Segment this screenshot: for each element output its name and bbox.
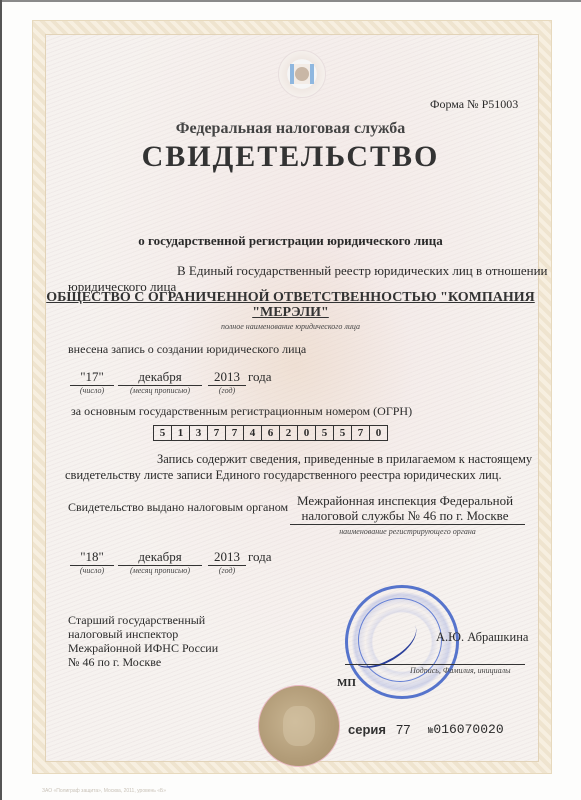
- double-headed-eagle-icon: [295, 67, 309, 81]
- issue-year-suffix: года: [248, 549, 272, 565]
- series-value: 77: [396, 722, 410, 737]
- ogrn-digit: 5: [334, 426, 352, 440]
- creation-month: декабря: [118, 369, 202, 386]
- inspector-title-line2: налоговый инспектор: [68, 627, 178, 641]
- ogrn-digit: 2: [280, 426, 298, 440]
- series-label: серия: [348, 722, 386, 737]
- ogrn-digit: 3: [190, 426, 208, 440]
- issue-year: 2013: [208, 549, 246, 566]
- intro-text-line1: В Единый государственный реестр юридичес…: [177, 263, 548, 279]
- printer-note: ЗАО «Полиграф защита», Москва, 2011, уро…: [42, 788, 166, 794]
- ogrn-digit: 7: [226, 426, 244, 440]
- hologram-seal-icon: [258, 685, 340, 767]
- creation-day: "17": [70, 369, 114, 386]
- ogrn-digit: 0: [370, 426, 387, 440]
- entry-text: внесена запись о создании юридического л…: [68, 342, 306, 357]
- creation-year-suffix: года: [248, 369, 272, 385]
- ogrn-digit: 4: [244, 426, 262, 440]
- signature-underline: [345, 664, 525, 665]
- fns-emblem-icon: [278, 50, 326, 98]
- serial-number: №016070020: [428, 722, 504, 737]
- ogrn-number-boxes: 5137746205570: [153, 425, 388, 441]
- ogrn-digit: 6: [262, 426, 280, 440]
- ogrn-digit: 7: [352, 426, 370, 440]
- creation-day-caption: (число): [70, 386, 114, 395]
- ogrn-digit: 1: [172, 426, 190, 440]
- authority-caption: наименование регистрирующего органа: [290, 527, 525, 536]
- document-subtitle: о государственной регистрации юридическо…: [0, 233, 581, 249]
- creation-year-caption: (год): [208, 386, 246, 395]
- organization-name-line2: "МЕРЭЛИ": [0, 305, 581, 321]
- record-text-line1: Запись содержит сведения, приведенные в …: [157, 452, 532, 467]
- ogrn-digit: 7: [208, 426, 226, 440]
- inspector-title-line3: Межрайонной ИФНС России: [68, 641, 218, 655]
- organization-caption: полное наименование юридического лица: [0, 322, 581, 331]
- ogrn-digit: 5: [154, 426, 172, 440]
- authority-name-line1: Межрайонная инспекция Федеральной: [290, 493, 520, 509]
- ogrn-digit: 5: [316, 426, 334, 440]
- signer-name: А.Ю. Абрашкина: [436, 630, 528, 645]
- issue-month-caption: (месяц прописью): [118, 566, 202, 575]
- issue-day-caption: (число): [70, 566, 114, 575]
- authority-underline: [290, 524, 525, 525]
- inspector-title-line1: Старший государственный: [68, 613, 205, 627]
- record-text-line2: свидетельству листе записи Единого госуд…: [65, 468, 502, 483]
- creation-month-caption: (месяц прописью): [118, 386, 202, 395]
- agency-name: Федеральная налоговая служба: [0, 120, 581, 138]
- issue-day: "18": [70, 549, 114, 566]
- issued-by-label: Свидетельство выдано налоговым органом: [68, 500, 288, 515]
- scan-edge-top: [0, 0, 581, 2]
- issue-year-caption: (год): [208, 566, 246, 575]
- serial-number-value: 016070020: [433, 722, 503, 737]
- inspector-title-line4: № 46 по г. Москве: [68, 655, 161, 669]
- document-title: СВИДЕТЕЛЬСТВО: [0, 140, 581, 174]
- issue-month: декабря: [118, 549, 202, 566]
- authority-name-line2: налоговой службы № 46 по г. Москве: [290, 508, 520, 524]
- seal-eagle-icon: [283, 706, 315, 746]
- creation-year: 2013: [208, 369, 246, 386]
- ogrn-label: за основным государственным регистрацион…: [71, 404, 412, 419]
- stamp-place-label: МП: [337, 677, 356, 689]
- signature-caption: Подпись, Фамилия, инициалы: [410, 666, 511, 675]
- form-number: Форма № Р51003: [430, 97, 518, 112]
- organization-name-line1: ОБЩЕСТВО С ОГРАНИЧЕННОЙ ОТВЕТСТВЕННОСТЬЮ…: [0, 290, 581, 306]
- ogrn-digit: 0: [298, 426, 316, 440]
